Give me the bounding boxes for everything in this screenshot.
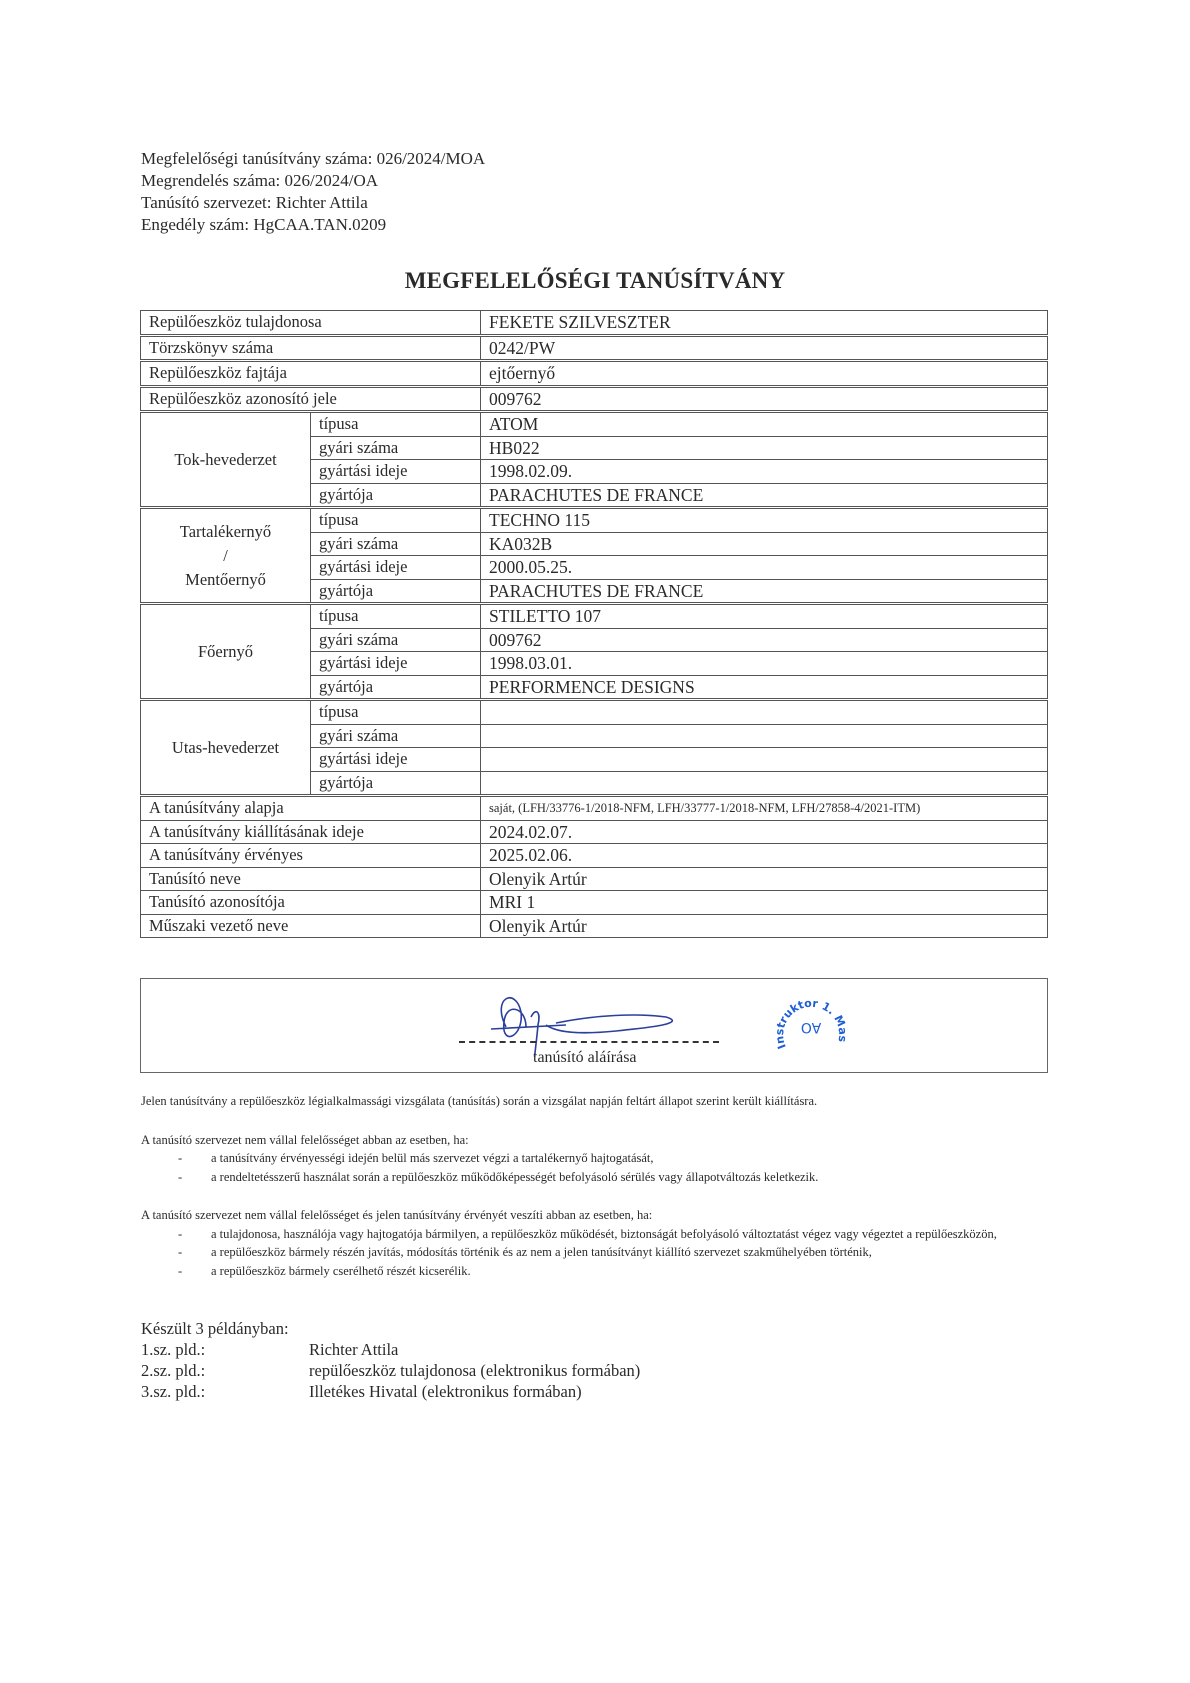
table-row: Repülőeszköz tulajdonosaFEKETE SZILVESZT… xyxy=(141,311,1048,336)
attribute-label: típusa xyxy=(311,412,481,437)
copy-row: 2.sz. pld.:repülőeszköz tulajdonosa (ele… xyxy=(141,1360,640,1381)
table-row: Repülőeszköz azonosító jele009762 xyxy=(141,386,1048,412)
attribute-value: 1998.02.09. xyxy=(481,460,1048,484)
table-row: Tanúsító azonosítójaMRI 1 xyxy=(141,891,1048,915)
copy-recipient: repülőeszköz tulajdonosa (elektronikus f… xyxy=(309,1360,640,1381)
attribute-value: PARACHUTES DE FRANCE xyxy=(481,579,1048,604)
field-label: Tanúsító neve xyxy=(141,867,481,891)
clause1-title: A tanúsító szervezet nem vállal felelőss… xyxy=(141,1131,1061,1150)
attribute-label: gyári száma xyxy=(311,436,481,460)
signature-box: tanúsító aláírása Instruktor 1. Master R… xyxy=(140,978,1048,1073)
attribute-value xyxy=(481,748,1048,772)
field-value: 009762 xyxy=(481,386,1048,412)
attribute-value: HB022 xyxy=(481,436,1048,460)
table-row: Tok-hevederzettípusaATOM xyxy=(141,412,1048,437)
attribute-value xyxy=(481,771,1048,796)
attribute-value: TECHNO 115 xyxy=(481,508,1048,533)
certificate-number: Megfelelőségi tanúsítvány száma: 026/202… xyxy=(141,148,485,170)
certificate-table: Repülőeszköz tulajdonosaFEKETE SZILVESZT… xyxy=(140,310,1048,938)
component-group-name: Utas-hevederzet xyxy=(141,700,311,796)
certifying-organization: Tanúsító szervezet: Richter Attila xyxy=(141,192,485,214)
clause-item: -a rendeltetésszerű használat során a re… xyxy=(141,1168,1061,1187)
clause-text: a tanúsítvány érvényességi idején belül … xyxy=(211,1151,654,1165)
field-value: FEKETE SZILVESZTER xyxy=(481,311,1048,336)
attribute-value: PERFORMENCE DESIGNS xyxy=(481,675,1048,700)
clause2-title: A tanúsító szervezet nem vállal felelőss… xyxy=(141,1206,1061,1225)
attribute-value: KA032B xyxy=(481,532,1048,556)
bullet-dash: - xyxy=(178,1225,182,1244)
order-number: Megrendelés száma: 026/2024/OA xyxy=(141,170,485,192)
clause-text: a repülőeszköz bármely cserélhető részét… xyxy=(211,1264,471,1278)
component-group-name: Tartalékernyő/Mentőernyő xyxy=(141,508,311,604)
attribute-label: gyártási ideje xyxy=(311,652,481,676)
table-row: Tanúsító neveOlenyik Artúr xyxy=(141,867,1048,891)
clause-text: a rendeltetésszerű használat során a rep… xyxy=(211,1170,818,1184)
field-label: Tanúsító azonosítója xyxy=(141,891,481,915)
attribute-value: ATOM xyxy=(481,412,1048,437)
copy-number: 1.sz. pld.: xyxy=(141,1339,309,1360)
attribute-label: gyártója xyxy=(311,771,481,796)
component-group-name: Tok-hevederzet xyxy=(141,412,311,508)
attribute-value: STILETTO 107 xyxy=(481,604,1048,629)
field-label: Repülőeszköz tulajdonosa xyxy=(141,311,481,336)
attribute-label: típusa xyxy=(311,508,481,533)
attribute-label: gyári száma xyxy=(311,532,481,556)
license-number: Engedély szám: HgCAA.TAN.0209 xyxy=(141,214,485,236)
field-label: Törzskönyv száma xyxy=(141,335,481,361)
clause-text: a tulajdonosa, használója vagy hajtogató… xyxy=(211,1227,997,1241)
field-label: Műszaki vezető neve xyxy=(141,914,481,938)
attribute-value: 2000.05.25. xyxy=(481,556,1048,580)
certificate-header: Megfelelőségi tanúsítvány száma: 026/202… xyxy=(141,148,485,236)
field-value: MRI 1 xyxy=(481,891,1048,915)
field-value: Olenyik Artúr xyxy=(481,914,1048,938)
copy-recipient: Illetékes Hivatal (elektronikus formában… xyxy=(309,1381,582,1402)
field-value: 2025.02.06. xyxy=(481,844,1048,868)
attribute-label: gyártási ideje xyxy=(311,556,481,580)
attribute-label: gyártója xyxy=(311,579,481,604)
component-group-name: Főernyő xyxy=(141,604,311,700)
attribute-value: PARACHUTES DE FRANCE xyxy=(481,483,1048,508)
clause-item: -a repülőeszköz bármely cserélhető részé… xyxy=(141,1262,1061,1281)
clause-item: -a tulajdonosa, használója vagy hajtogat… xyxy=(141,1225,1061,1244)
attribute-label: gyári száma xyxy=(311,628,481,652)
field-value: 0242/PW xyxy=(481,335,1048,361)
table-row: Tartalékernyő/MentőernyőtípusaTECHNO 115 xyxy=(141,508,1048,533)
attribute-label: gyári száma xyxy=(311,724,481,748)
field-label: A tanúsítvány kiállításának ideje xyxy=(141,820,481,844)
rigger-stamp-icon: Instruktor 1. Master Rigger AO xyxy=(766,985,856,1065)
attribute-value xyxy=(481,700,1048,725)
field-value: ejtőernyő xyxy=(481,361,1048,387)
field-value: Olenyik Artúr xyxy=(481,867,1048,891)
copy-number: 2.sz. pld.: xyxy=(141,1360,309,1381)
attribute-label: típusa xyxy=(311,604,481,629)
attribute-label: gyártási ideje xyxy=(311,748,481,772)
attribute-label: típusa xyxy=(311,700,481,725)
attribute-label: gyártója xyxy=(311,675,481,700)
signature-scribble-icon xyxy=(486,987,696,1057)
copy-number: 3.sz. pld.: xyxy=(141,1381,309,1402)
svg-text:AO: AO xyxy=(801,1019,821,1035)
signature-line xyxy=(459,1041,719,1043)
table-row: A tanúsítvány alapjasaját, (LFH/33776-1/… xyxy=(141,796,1048,821)
copy-recipient: Richter Attila xyxy=(309,1339,398,1360)
table-row: A tanúsítvány érvényes2025.02.06. xyxy=(141,844,1048,868)
bullet-dash: - xyxy=(178,1168,182,1187)
field-label: Repülőeszköz azonosító jele xyxy=(141,386,481,412)
copy-row: 3.sz. pld.:Illetékes Hivatal (elektronik… xyxy=(141,1381,640,1402)
attribute-label: gyártója xyxy=(311,483,481,508)
field-label: A tanúsítvány érvényes xyxy=(141,844,481,868)
clause-text: a repülőeszköz bármely részén javítás, m… xyxy=(211,1245,872,1259)
attribute-value: 1998.03.01. xyxy=(481,652,1048,676)
document-title: MEGFELELŐSÉGI TANÚSÍTVÁNY xyxy=(0,268,1190,294)
table-row: Repülőeszköz fajtájaejtőernyő xyxy=(141,361,1048,387)
copy-row: 1.sz. pld.:Richter Attila xyxy=(141,1339,640,1360)
clause-item: -a repülőeszköz bármely részén javítás, … xyxy=(141,1243,1061,1262)
table-row: A tanúsítvány kiállításának ideje2024.02… xyxy=(141,820,1048,844)
copies-title: Készült 3 példányban: xyxy=(141,1318,640,1339)
legal-notes: Jelen tanúsítvány a repülőeszköz légialk… xyxy=(141,1092,1061,1280)
bullet-dash: - xyxy=(178,1262,182,1281)
copies-section: Készült 3 példányban: 1.sz. pld.:Richter… xyxy=(141,1318,640,1402)
attribute-label: gyártási ideje xyxy=(311,460,481,484)
table-row: Műszaki vezető neveOlenyik Artúr xyxy=(141,914,1048,938)
table-row: Törzskönyv száma0242/PW xyxy=(141,335,1048,361)
field-value: saját, (LFH/33776-1/2018-NFM, LFH/33777-… xyxy=(481,796,1048,821)
bullet-dash: - xyxy=(178,1149,182,1168)
field-value: 2024.02.07. xyxy=(481,820,1048,844)
field-label: A tanúsítvány alapja xyxy=(141,796,481,821)
attribute-value xyxy=(481,724,1048,748)
svg-text:Instruktor 1. Master Rigger: Instruktor 1. Master Rigger xyxy=(766,985,849,1051)
attribute-value: 009762 xyxy=(481,628,1048,652)
table-row: Utas-hevederzettípusa xyxy=(141,700,1048,725)
bullet-dash: - xyxy=(178,1243,182,1262)
signature-label: tanúsító aláírása xyxy=(533,1049,637,1067)
field-label: Repülőeszköz fajtája xyxy=(141,361,481,387)
intro-paragraph: Jelen tanúsítvány a repülőeszköz légialk… xyxy=(141,1092,1061,1111)
table-row: FőernyőtípusaSTILETTO 107 xyxy=(141,604,1048,629)
clause-item: -a tanúsítvány érvényességi idején belül… xyxy=(141,1149,1061,1168)
